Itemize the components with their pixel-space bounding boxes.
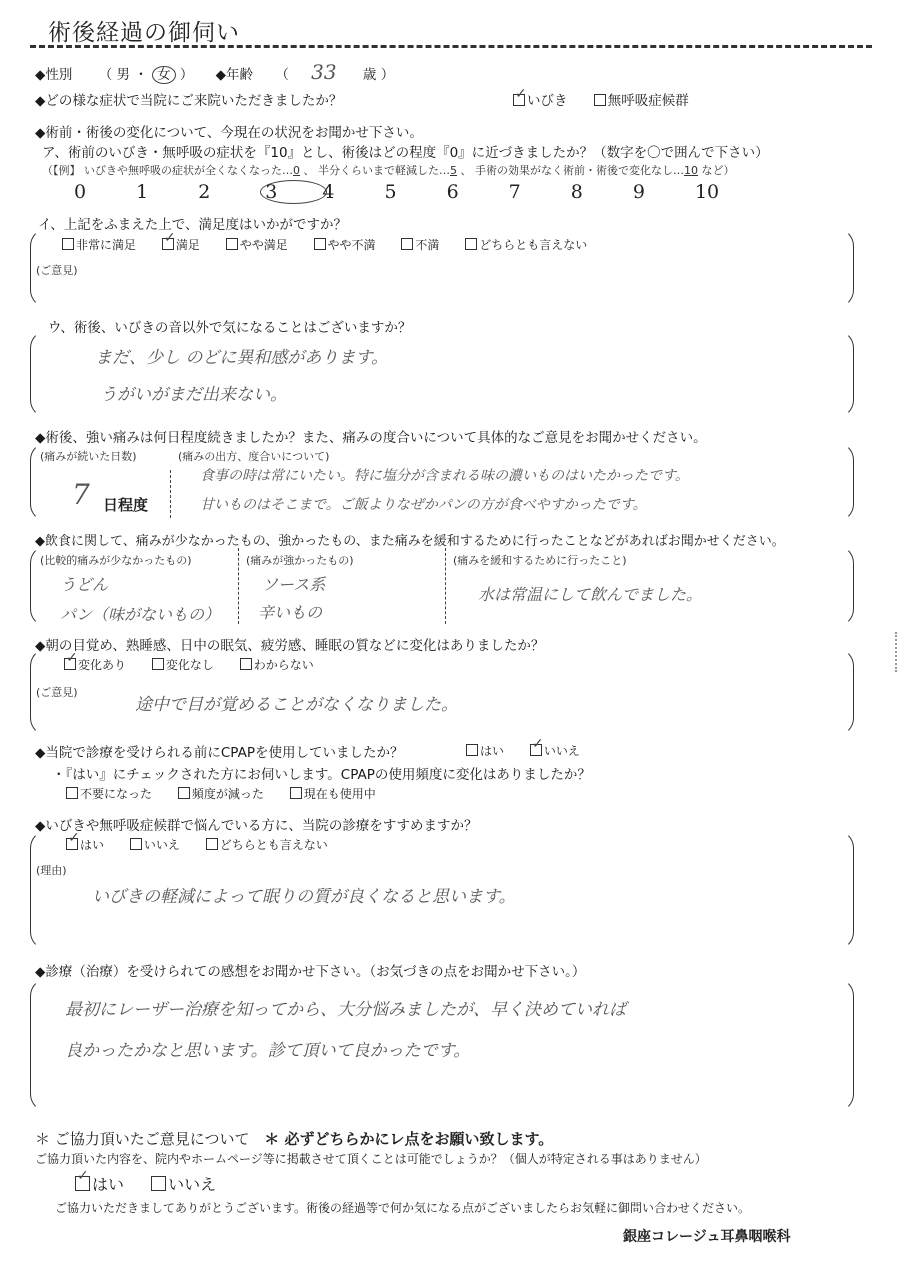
satisfaction-option-neither[interactable]: どちらとも言えない — [465, 236, 587, 253]
consent-heading: ＊ ご協力頂いたご意見について ＊ 必ずどちらかにレ点をお願い致します。 — [35, 1128, 553, 1149]
checkbox-checked-icon[interactable] — [513, 94, 525, 106]
scale-3-selected[interactable]: 3 — [260, 180, 317, 204]
satisfaction-options: 非常に満足 満足 やや満足 やや不満 不満 どちらとも言えない — [62, 236, 609, 253]
scale-8[interactable]: 8 — [571, 181, 628, 203]
consent-heading-b: ＊ 必ずどちらかにレ点をお願い致します。 — [264, 1130, 553, 1148]
symptom-option-snoring[interactable]: いびき — [513, 89, 568, 109]
checkbox-icon[interactable] — [594, 94, 606, 106]
impression-question: ◆診療（治療）を受けられての感想をお聞かせ下さい。（お気づきの点をお聞かせ下さい… — [35, 960, 585, 980]
food-strong-pain-line2[interactable]: 辛いもの — [258, 600, 322, 623]
impression-line2[interactable]: 良かったかなと思います。診て頂いて良かったです。 — [65, 1036, 470, 1061]
sleep-comment-field[interactable]: 途中で目が覚めることがなくなりました。 — [135, 690, 458, 715]
food-less-pain-label: (比較的痛みが少なかったもの) — [40, 552, 192, 568]
scale-10[interactable]: 10 — [695, 181, 752, 203]
pain-days-value[interactable]: 7 — [72, 478, 90, 511]
title-divider — [30, 45, 872, 48]
checkbox-checked-icon[interactable] — [66, 838, 78, 850]
pain-divider — [170, 470, 171, 518]
symptom-option-apnea[interactable]: 無呼吸症候群 — [594, 89, 689, 109]
checkbox-checked-icon[interactable] — [162, 238, 174, 250]
recommend-option-no[interactable]: いいえ — [130, 836, 180, 853]
recommend-option-neither[interactable]: どちらとも言えない — [206, 836, 328, 853]
cpap-option-yes[interactable]: はい — [466, 742, 504, 759]
checkbox-icon[interactable] — [62, 238, 74, 250]
gender-age-row: ◆性別 （ 男 ・ 女 ） ◆年齢 （ 33 歳 ） — [35, 60, 394, 84]
checkbox-icon[interactable] — [465, 238, 477, 250]
change-sub-a: ア、術前のいびき・無呼吸の症状を『10』とし、術後はどの程度『0』に近づきました… — [42, 141, 769, 161]
scale-1[interactable]: 1 — [136, 181, 193, 203]
cpap-followup-still-using[interactable]: 現在も使用中 — [290, 785, 376, 802]
recommend-options: はい いいえ どちらとも言えない — [66, 836, 350, 853]
gender-label: ◆性別 — [35, 67, 72, 83]
cpap-followup-no-longer-needed[interactable]: 不要になった — [66, 785, 152, 802]
pain-days-unit: 日程度 — [103, 494, 148, 515]
food-strong-pain-label: (痛みが強かったもの) — [246, 552, 354, 568]
sleep-option-changed[interactable]: 変化あり — [64, 656, 126, 673]
other-concerns-answer-line1[interactable]: まだ、少し のどに異和感があります。 — [95, 343, 388, 368]
pain-days-label: (痛みが続いた日数) — [40, 448, 137, 464]
pain-detail-line2[interactable]: 甘いものはそこまで。ご飯よりなぜかパンの方が食べやすかったです。 — [200, 494, 647, 514]
symptom-options: いびき 無呼吸症候群 — [513, 89, 711, 109]
cpap-question: ◆当院で診療を受けられる前にCPAPを使用していましたか？ — [35, 741, 403, 761]
gender-female-option[interactable]: 女 — [152, 66, 176, 84]
food-relief-label: (痛みを緩和するために行ったこと) — [453, 552, 627, 568]
cpap-followup-question: ・『はい』にチェックされた方にお伺いします。CPAPの使用頻度に変化はありました… — [52, 763, 591, 783]
consent-option-no[interactable]: いいえ — [151, 1172, 216, 1195]
scale-5[interactable]: 5 — [384, 181, 441, 203]
checkbox-icon[interactable] — [226, 238, 238, 250]
checkbox-icon[interactable] — [152, 658, 164, 670]
change-question: ◆術前・術後の変化について、今現在の状況をお聞かせ下さい。 — [35, 121, 423, 141]
sleep-option-unknown[interactable]: わからない — [240, 656, 314, 673]
scale-row: 0 1 2 3 4 5 6 7 8 9 10 — [74, 180, 752, 204]
checkbox-checked-icon[interactable] — [530, 744, 542, 756]
checkbox-icon[interactable] — [466, 744, 478, 756]
food-divider-1 — [238, 548, 239, 624]
consent-options: はい いいえ — [75, 1172, 238, 1195]
checkbox-icon[interactable] — [130, 838, 142, 850]
cpap-followup-options: 不要になった 頻度が減った 現在も使用中 — [66, 785, 398, 802]
food-divider-2 — [445, 548, 446, 624]
age-label: ◆年齢 — [216, 67, 253, 83]
satisfaction-option-somewhat-dissatisfied[interactable]: やや不満 — [314, 236, 376, 253]
satisfaction-comment-field[interactable] — [90, 275, 830, 297]
scale-0[interactable]: 0 — [74, 181, 131, 203]
change-example: （【例】 いびきや無呼吸の症状が全くなくなった…0 、 半分くらいまで軽減した…… — [42, 162, 735, 178]
pain-detail-label: (痛みの出方、度合いについて) — [178, 448, 329, 464]
consent-question: ご協力頂いた内容を、院内やホームページ等に掲載させて頂くことは可能でしょうか？（… — [35, 1150, 707, 1167]
sleep-option-no-change[interactable]: 変化なし — [152, 656, 214, 673]
scale-4[interactable]: 4 — [322, 181, 379, 203]
checkbox-icon[interactable] — [401, 238, 413, 250]
food-less-pain-line2[interactable]: パン（味がないもの） — [60, 602, 220, 625]
other-concerns-answer-line2[interactable]: うがいがまだ出来ない。 — [100, 380, 287, 405]
symptom-question: ◆どの様な症状で当院にご来院いただきましたか？ — [35, 89, 342, 109]
satisfaction-option-somewhat-satisfied[interactable]: やや満足 — [226, 236, 288, 253]
recommend-reason-field[interactable]: いびきの軽減によって眠りの質が良くなると思います。 — [92, 882, 516, 907]
checkbox-icon[interactable] — [314, 238, 326, 250]
checkbox-icon[interactable] — [178, 787, 190, 799]
food-relief-line1[interactable]: 水は常温にして飲んでました。 — [478, 582, 702, 605]
scale-9[interactable]: 9 — [633, 181, 690, 203]
checkbox-checked-icon[interactable] — [75, 1176, 90, 1191]
satisfaction-comment-label: (ご意見) — [36, 262, 78, 278]
gender-male-option[interactable]: 男 — [116, 67, 130, 83]
satisfaction-option-very-satisfied[interactable]: 非常に満足 — [62, 236, 136, 253]
cpap-followup-reduced[interactable]: 頻度が減った — [178, 785, 264, 802]
scale-2[interactable]: 2 — [198, 181, 255, 203]
thanks-message: ご協力いただきましてありがとうございます。術後の経過等で何か気になる点がございま… — [55, 1199, 750, 1216]
cpap-option-no[interactable]: いいえ — [530, 742, 580, 759]
form-title: 術後経過の御伺い — [48, 14, 240, 47]
sleep-options: 変化あり 変化なし わからない — [64, 656, 336, 673]
checkbox-icon[interactable] — [240, 658, 252, 670]
age-value[interactable]: 33 — [311, 60, 336, 84]
recommend-option-yes[interactable]: はい — [66, 836, 104, 853]
scale-6[interactable]: 6 — [447, 181, 504, 203]
clinic-name: 銀座コレージュ耳鼻咽喉科 — [623, 1226, 790, 1246]
consent-option-yes[interactable]: はい — [75, 1172, 124, 1195]
cpap-options: はい いいえ — [466, 742, 602, 759]
pain-detail-line1[interactable]: 食事の時は常にいたい。特に塩分が含まれる味の濃いものはいたかったです。 — [200, 465, 689, 485]
food-less-pain-line1[interactable]: うどん — [60, 572, 108, 595]
scale-7[interactable]: 7 — [509, 181, 566, 203]
checkbox-icon[interactable] — [290, 787, 302, 799]
checkbox-icon[interactable] — [151, 1176, 166, 1191]
impression-line1[interactable]: 最初にレーザー治療を知ってから、大分悩みましたが、早く決めていれば — [65, 995, 626, 1020]
margin-mark — [895, 632, 897, 672]
sleep-comment-label: (ご意見) — [36, 684, 78, 700]
consent-heading-a: ＊ ご協力頂いたご意見について — [35, 1130, 249, 1148]
checkbox-icon[interactable] — [206, 838, 218, 850]
checkbox-icon[interactable] — [66, 787, 78, 799]
satisfaction-option-satisfied[interactable]: 満足 — [162, 236, 200, 253]
satisfaction-option-dissatisfied[interactable]: 不満 — [401, 236, 439, 253]
recommend-reason-label: (理由) — [36, 862, 67, 878]
food-strong-pain-line1[interactable]: ソース系 — [262, 572, 325, 595]
checkbox-checked-icon[interactable] — [64, 658, 76, 670]
